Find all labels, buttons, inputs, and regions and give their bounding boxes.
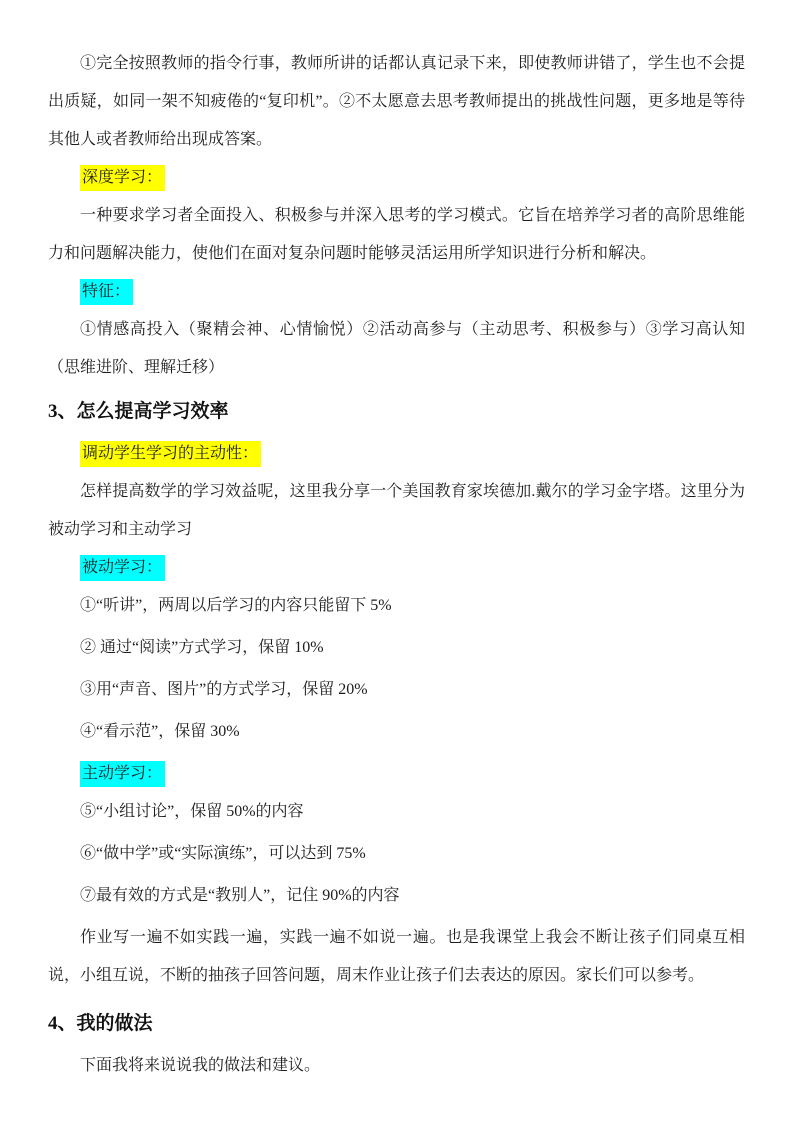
paragraph-practice-advice: 作业写一遍不如实践一遍，实践一遍不如说一遍。也是我课堂上我会不断让孩子们同桌互相…	[48, 919, 745, 995]
highlight-label-features: 特征：	[80, 279, 133, 305]
paragraph-my-approach: 下面我将来说说我的做法和建议。	[48, 1047, 745, 1085]
highlight-row-features: 特征：	[48, 273, 745, 311]
highlight-row-active-learning: 主动学习：	[48, 755, 745, 793]
list-item-teaching-others: ⑦最有效的方式是“教别人”，记住 90%的内容	[48, 877, 745, 915]
list-item-audio-visual: ③用“声音、图片”的方式学习，保留 20%	[48, 671, 745, 709]
highlight-row-deep-learning: 深度学习：	[48, 159, 745, 197]
section-heading-4: 4、我的做法	[48, 1009, 745, 1039]
list-item-learning-by-doing: ⑥“做中学”或“实际演练”，可以达到 75%	[48, 835, 745, 873]
paragraph-copy-machine: ①完全按照教师的指令行事，教师所讲的话都认真记录下来，即使教师讲错了，学生也不会…	[48, 45, 745, 159]
document-page: ①完全按照教师的指令行事，教师所讲的话都认真记录下来，即使教师讲错了，学生也不会…	[0, 0, 793, 1122]
section-heading-3: 3、怎么提高学习效率	[48, 397, 745, 427]
highlight-row-initiative: 调动学生学习的主动性：	[48, 435, 745, 473]
list-item-group-discussion: ⑤“小组讨论”，保留 50%的内容	[48, 793, 745, 831]
highlight-label-initiative: 调动学生学习的主动性：	[80, 441, 261, 467]
highlight-row-passive-learning: 被动学习：	[48, 549, 745, 587]
list-item-reading: ② 通过“阅读”方式学习，保留 10%	[48, 629, 745, 667]
list-item-listening: ①“听讲”，两周以后学习的内容只能留下 5%	[48, 587, 745, 625]
list-item-demonstration: ④“看示范”，保留 30%	[48, 713, 745, 751]
highlight-label-active-learning: 主动学习：	[80, 761, 165, 787]
paragraph-deep-learning-definition: 一种要求学习者全面投入、积极参与并深入思考的学习模式。它旨在培养学习者的高阶思维…	[48, 197, 745, 273]
paragraph-learning-pyramid: 怎样提高数学的学习效益呢，这里我分享一个美国教育家埃德加.戴尔的学习金字塔。这里…	[48, 473, 745, 549]
highlight-label-passive-learning: 被动学习：	[80, 555, 165, 581]
highlight-label-deep-learning: 深度学习：	[80, 165, 165, 191]
paragraph-features: ①情感高投入（聚精会神、心情愉悦）②活动高参与（主动思考、积极参与）③学习高认知…	[48, 311, 745, 387]
